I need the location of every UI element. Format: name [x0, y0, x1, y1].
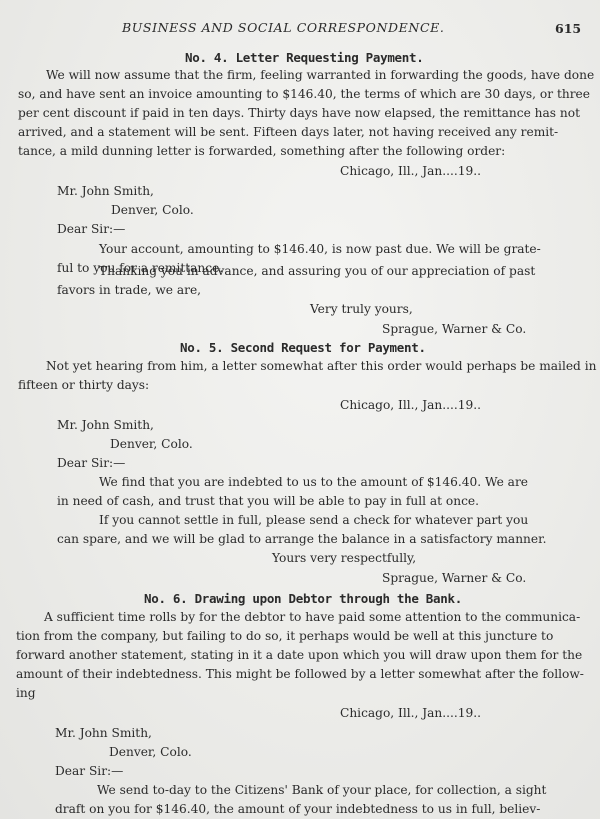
signature: Sprague, Warner & Co.: [382, 571, 526, 585]
page-number: 615: [555, 21, 581, 36]
body-line: If you cannot settle in full, please sen…: [99, 513, 528, 527]
body-line: We find that you are indebted to us to t…: [99, 475, 528, 489]
dateline: Chicago, Ill., Jan....19..: [340, 164, 481, 178]
intro-line: per cent discount if paid in ten days. T…: [18, 106, 580, 120]
body-line: draft on you for $146.40, the amount of …: [55, 802, 540, 816]
body-line: can spare, and we will be glad to arrang…: [57, 532, 546, 546]
addressee-city: Denver, Colo.: [109, 745, 192, 759]
salutation: Dear Sir:—: [57, 222, 125, 236]
body-line: We send to-day to the Citizens' Bank of …: [97, 783, 546, 797]
body-line: Your account, amounting to $146.40, is n…: [99, 242, 541, 256]
body-line: Thanking you in advance, and assuring yo…: [99, 264, 535, 278]
addressee-name: Mr. John Smith,: [55, 726, 152, 740]
body-line: in need of cash, and trust that you will…: [57, 494, 479, 508]
section-heading-6: No. 6. Drawing upon Debtor through the B…: [144, 591, 462, 606]
intro-line: A sufficient time rolls by for the debto…: [44, 610, 580, 624]
intro-line: We will now assume that the firm, feelin…: [46, 68, 594, 82]
salutation: Dear Sir:—: [55, 764, 123, 778]
intro-line: fifteen or thirty days:: [18, 378, 149, 392]
salutation: Dear Sir:—: [57, 456, 125, 470]
section-heading-5: No. 5. Second Request for Payment.: [180, 340, 426, 355]
closing: Very truly yours,: [310, 302, 413, 316]
intro-line: forward another statement, stating in it…: [16, 648, 582, 662]
intro-line: tion from the company, but failing to do…: [16, 629, 553, 643]
signature: Sprague, Warner & Co.: [382, 322, 526, 336]
addressee-name: Mr. John Smith,: [57, 184, 154, 198]
dateline: Chicago, Ill., Jan....19..: [340, 398, 481, 412]
addressee-name: Mr. John Smith,: [57, 418, 154, 432]
addressee-city: Denver, Colo.: [111, 203, 194, 217]
intro-line: amount of their indebtedness. This might…: [16, 667, 584, 681]
section-heading-4: No. 4. Letter Requesting Payment.: [185, 50, 423, 65]
intro-line: so, and have sent an invoice amounting t…: [18, 87, 590, 101]
dateline: Chicago, Ill., Jan....19..: [340, 706, 481, 720]
intro-line: ing: [16, 686, 36, 700]
intro-line: Not yet hearing from him, a letter somew…: [46, 359, 596, 373]
intro-line: arrived, and a statement will be sent. F…: [18, 125, 558, 139]
book-page: BUSINESS AND SOCIAL CORRESPONDENCE. 615 …: [0, 0, 600, 819]
closing: Yours very respectfully,: [272, 551, 416, 565]
addressee-city: Denver, Colo.: [110, 437, 193, 451]
body-line: favors in trade, we are,: [57, 283, 201, 297]
running-head: BUSINESS AND SOCIAL CORRESPONDENCE.: [122, 20, 444, 35]
intro-line: tance, a mild dunning letter is forwarde…: [18, 144, 505, 158]
